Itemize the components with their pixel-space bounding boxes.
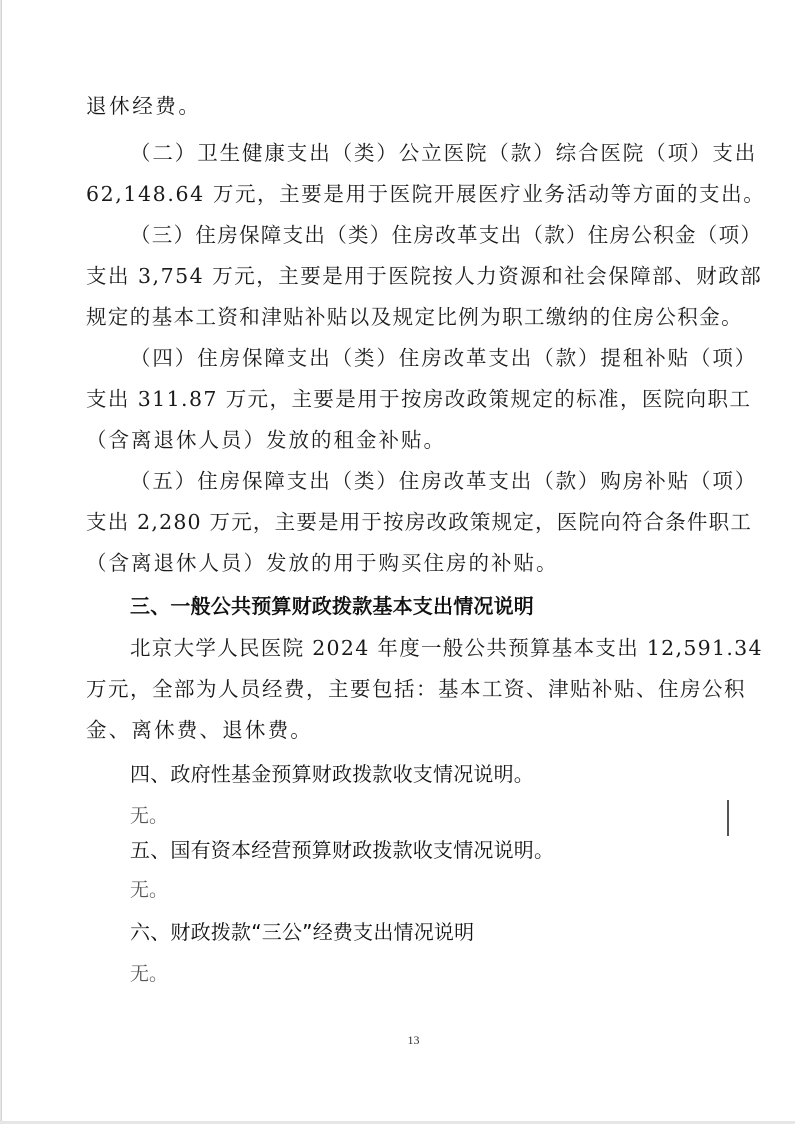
paragraph-line: （三）住房保障支出（类）住房改革支出（款）住房公积金（项） [130, 221, 762, 249]
paragraph-line: （含离退休人员）发放的用于购买住房的补贴。 [86, 549, 718, 577]
paragraph-line: 规定的基本工资和津贴补贴以及规定比例为职工缴纳的住房公积金。 [86, 303, 718, 331]
paragraph-line: 支出 2,280 万元，主要是用于按房改政策规定，医院向符合条件职工 [86, 508, 718, 536]
section-body-6: 无。 [130, 960, 168, 988]
text-cursor-icon [727, 800, 729, 836]
section-heading-3: 三、一般公共预算财政拨款基本支出情况说明 [130, 592, 534, 620]
section-body-5: 无。 [130, 876, 168, 904]
paragraph-line: （五）住房保障支出（类）住房改革支出（款）购房补贴（项） [130, 467, 762, 495]
paragraph-line: （二）卫生健康支出（类）公立医院（款）综合医院（项）支出 [130, 139, 718, 167]
paragraph-line: 支出 311.87 万元，主要是用于按房改政策规定的标准，医院向职工 [86, 385, 718, 413]
paragraph-line: 退休经费。 [86, 92, 718, 120]
section-heading-6: 六、财政拨款“三公”经费支出情况说明 [130, 918, 474, 946]
paragraph-line: 金、离休费、退休费。 [86, 716, 718, 744]
paragraph-line: 62,148.64 万元，主要是用于医院开展医疗业务活动等方面的支出。 [86, 180, 718, 208]
paragraph-line: 北京大学人民医院 2024 年度一般公共预算基本支出 12,591.34 [130, 634, 762, 662]
paragraph-line: 万元，全部为人员经费，主要包括：基本工资、津贴补贴、住房公积 [86, 675, 718, 703]
paragraph-line: 支出 3,754 万元，主要是用于医院按人力资源和社会保障部、财政部 [86, 262, 718, 290]
section-body-4: 无。 [130, 802, 168, 830]
paragraph-line: （含离退休人员）发放的租金补贴。 [86, 426, 718, 454]
paragraph-line: （四）住房保障支出（类）住房改革支出（款）提租补贴（项） [130, 344, 762, 372]
document-page: 退休经费。 （二）卫生健康支出（类）公立医院（款）综合医院（项）支出 62,14… [1, 0, 795, 1121]
section-heading-5: 五、国有资本经营预算财政拨款收支情况说明。 [130, 836, 554, 864]
section-heading-4: 四、政府性基金预算财政拨款收支情况说明。 [130, 760, 534, 788]
page-number: 13 [2, 1033, 795, 1048]
